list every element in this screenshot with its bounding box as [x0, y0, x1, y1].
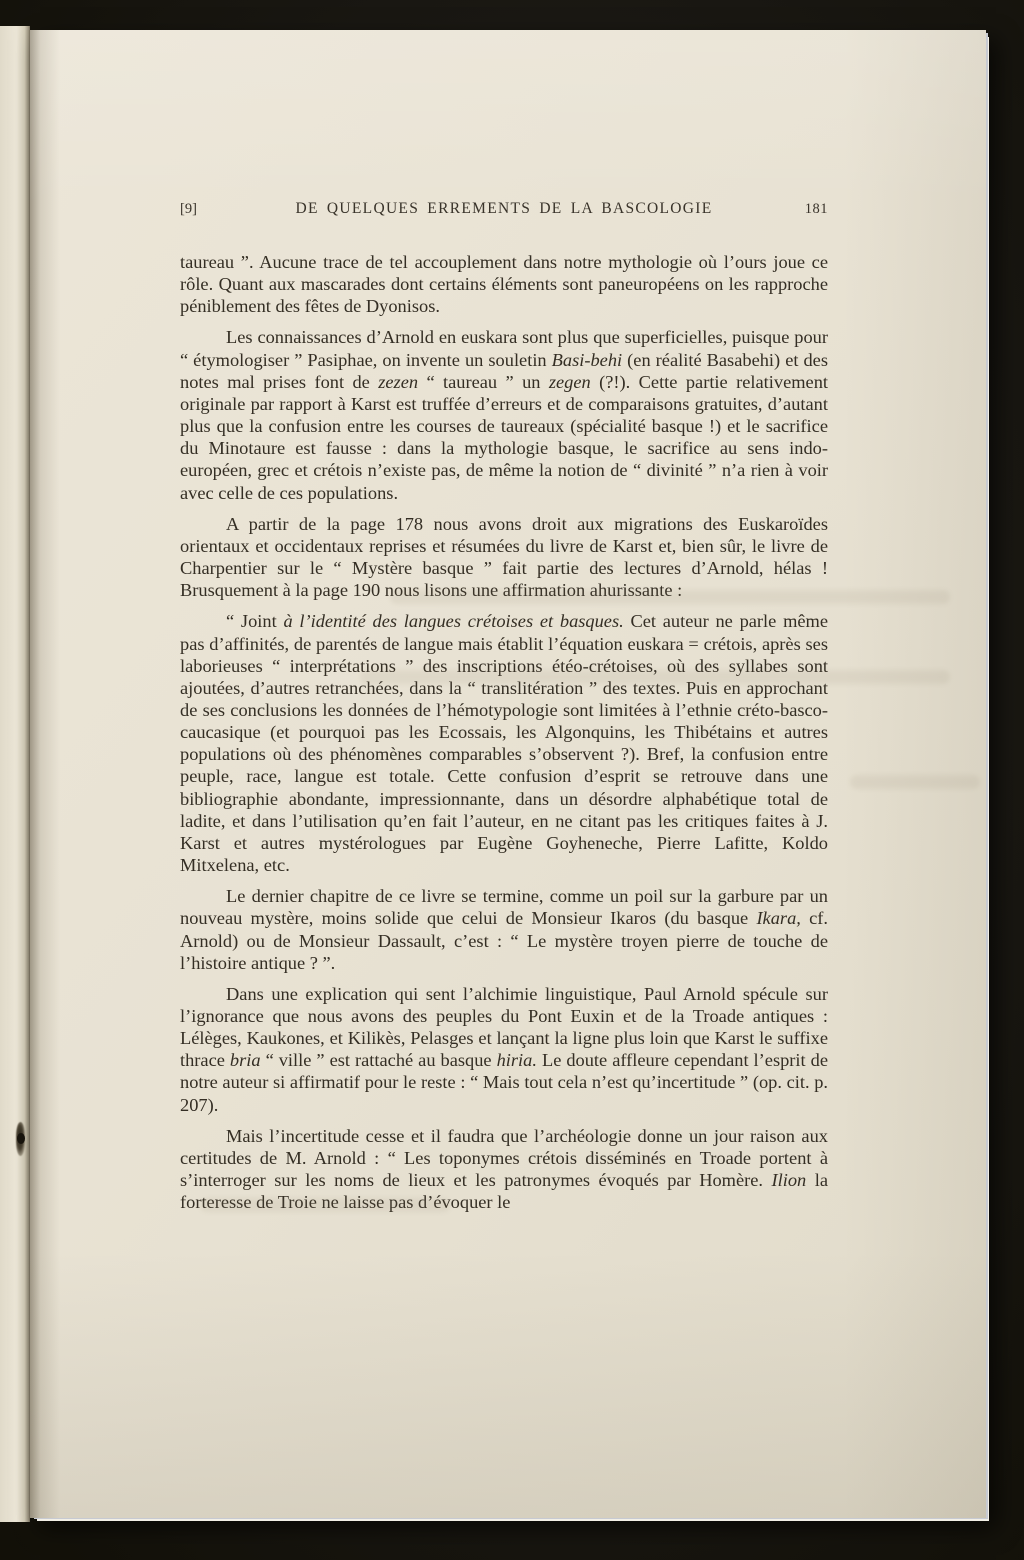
text-run: zegen	[549, 372, 591, 392]
ink-bleedthrough	[850, 775, 980, 789]
text-run: “ ville ” est rattaché au basque	[261, 1050, 497, 1070]
text-run: taureau ”. Aucune trace de tel accouplem…	[180, 252, 828, 316]
text-run: Basi-behi	[552, 350, 622, 370]
text-run: A partir de la page 178 nous avons droit…	[180, 514, 828, 600]
ink-blemish-core	[17, 1133, 25, 1144]
text-run: Mais l’incertitude cesse et il faudra qu…	[180, 1126, 828, 1190]
text-run: Le dernier chapitre de ce livre se termi…	[180, 886, 828, 928]
paragraph: Le dernier chapitre de ce livre se termi…	[180, 885, 828, 974]
text-run: à l’identité des langues crétoises et ba…	[283, 611, 623, 631]
scanned-book-photo: [9] DE QUELQUES ERREMENTS DE LA BASCOLOG…	[0, 0, 1024, 1560]
text-run: “ taureau ” un	[418, 372, 549, 392]
text-run: Cet auteur ne parle même pas d’affinités…	[180, 611, 828, 875]
text-run: bria	[230, 1050, 261, 1070]
paragraph: A partir de la page 178 nous avons droit…	[180, 513, 828, 602]
paragraph: taureau ”. Aucune trace de tel accouplem…	[180, 251, 828, 317]
text-run: Ilion	[772, 1170, 807, 1190]
page-header: [9] DE QUELQUES ERREMENTS DE LA BASCOLOG…	[180, 200, 828, 218]
facing-page-edge	[0, 26, 30, 1522]
running-title: DE QUELQUES ERREMENTS DE LA BASCOLOGIE	[240, 200, 768, 218]
paragraph: Mais l’incertitude cesse et il faudra qu…	[180, 1125, 828, 1214]
text-run: hiria.	[497, 1050, 537, 1070]
page-number: 181	[768, 201, 828, 218]
section-number: [9]	[180, 201, 240, 218]
text-run: “ Joint	[226, 611, 283, 631]
book-page: [9] DE QUELQUES ERREMENTS DE LA BASCOLOG…	[30, 30, 986, 1518]
text-run: Ikara,	[756, 908, 800, 928]
body-text: taureau ”. Aucune trace de tel accouplem…	[180, 251, 828, 1222]
text-run: zezen	[378, 372, 418, 392]
paragraph: Les connaissances d’Arnold en euskara so…	[180, 326, 828, 503]
paragraph: “ Joint à l’identité des langues crétois…	[180, 610, 828, 876]
paragraph: Dans une explication qui sent l’alchimie…	[180, 983, 828, 1116]
